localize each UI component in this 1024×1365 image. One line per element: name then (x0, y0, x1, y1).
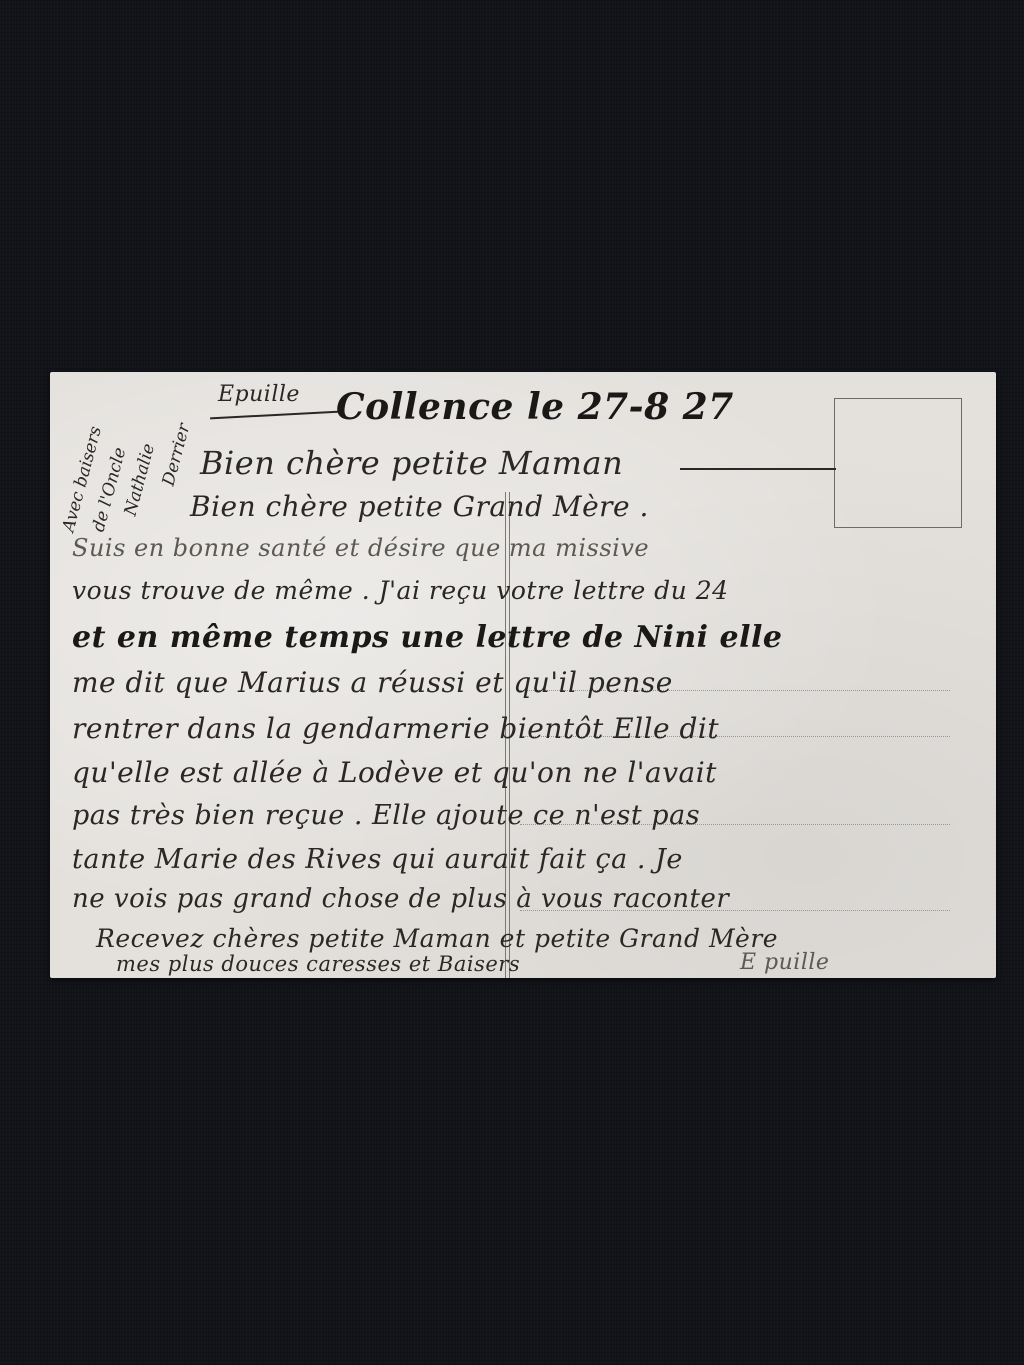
body-line: pas très bien reçue . Elle ajoute ce n'e… (72, 800, 700, 831)
body-line: ne vois pas grand chose de plus à vous r… (72, 884, 729, 914)
postcard: Avec baisers de l'Oncle Nathalie Derrier… (50, 372, 996, 978)
closing-line: Recevez chères petite Maman et petite Gr… (96, 924, 778, 953)
body-line: qu'elle est allée à Lodève et qu'on ne l… (72, 756, 717, 789)
salutation-line: Bien chère petite Grand Mère . (190, 490, 649, 523)
closing-line: mes plus douces caresses et Baisers (116, 952, 520, 976)
place-date: Collence le 27-8 27 (336, 386, 734, 428)
header-signature: Epuille (218, 382, 300, 407)
signature-underline (210, 411, 340, 420)
salutation-stroke (680, 468, 836, 470)
body-line: me dit que Marius a réussi et qu'il pens… (72, 666, 673, 699)
salutation-line: Bien chère petite Maman (200, 444, 623, 482)
body-line: vous trouve de même . J'ai reçu votre le… (72, 576, 729, 605)
margin-note: Derrier (159, 421, 195, 488)
body-line: et en même temps une lettre de Nini elle (72, 620, 782, 655)
body-line: Suis en bonne santé et désire que ma mis… (72, 534, 649, 562)
closing-signature: E puille (740, 950, 829, 975)
body-line: tante Marie des Rives qui aurait fait ça… (72, 844, 683, 875)
stamp-box (834, 398, 962, 528)
body-line: rentrer dans la gendarmerie bientôt Elle… (72, 712, 719, 745)
